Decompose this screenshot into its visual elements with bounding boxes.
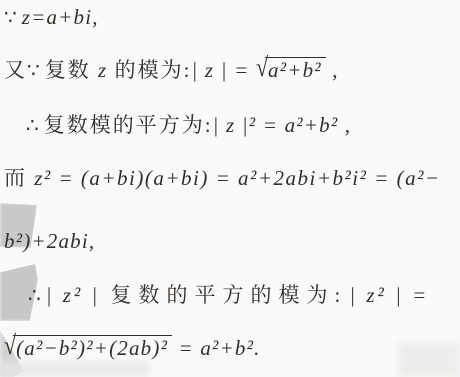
radical-sign-icon: √	[256, 49, 268, 86]
math-text: | z² |	[46, 283, 109, 307]
chinese-text: 又	[4, 58, 27, 82]
text-line: ∴复数模的平方为:| z |² = a²+b² ,	[4, 110, 460, 140]
text-line: ∵z=a+bi,	[4, 2, 460, 32]
math-text: z=a+bi,	[22, 5, 99, 29]
chinese-text: 而	[4, 166, 34, 190]
sqrt-expression: √a²+b²	[256, 55, 326, 85]
logic-symbol: ∴	[28, 285, 41, 307]
math-text: ,	[326, 58, 339, 82]
document-lines: ∵z=a+bi,又∵复数 z 的模为:| z | = √a²+b² ,∴复数模的…	[4, 2, 460, 363]
chinese-text: 复数的平方的模为:	[111, 283, 348, 307]
document-page: ∵z=a+bi,又∵复数 z 的模为:| z | = √a²+b² ,∴复数模的…	[0, 0, 460, 377]
math-text: | z |² = a²+b² ,	[213, 113, 352, 137]
math-text: = a²+b².	[172, 336, 260, 360]
text-line: 又∵复数 z 的模为:| z | = √a²+b² ,	[4, 55, 460, 85]
chinese-text: 的模为:	[107, 58, 191, 82]
chinese-text: 复数模的平方为:	[44, 113, 213, 137]
math-text: z	[98, 58, 107, 82]
math-text: | z² | =	[349, 283, 429, 307]
logic-symbol: ∵	[27, 60, 40, 82]
radicand: (a²−b²)²+(2ab)²	[13, 335, 172, 361]
text-line: √(a²−b²)²+(2ab)² = a²+b².	[4, 333, 460, 363]
logic-symbol: ∴	[26, 115, 39, 137]
math-text: z² = (a+bi)(a+bi) = a²+2abi+b²i² = (a²−	[34, 166, 440, 190]
math-text: b²)+2abi,	[4, 229, 95, 253]
radical-sign-icon: √	[4, 327, 16, 364]
radicand: a²+b²	[265, 57, 326, 83]
sqrt-expression: √(a²−b²)²+(2ab)²	[4, 333, 172, 363]
chinese-text: 复数	[45, 58, 98, 82]
text-line: b²)+2abi,	[4, 226, 460, 256]
scan-artifact-bottom-strip	[0, 361, 150, 377]
math-text: | z | =	[191, 58, 256, 82]
text-line: ∴| z² | 复数的平方的模为:| z² | =	[4, 280, 460, 310]
logic-symbol: ∵	[4, 7, 17, 29]
text-line: 而 z² = (a+bi)(a+bi) = a²+2abi+b²i² = (a²…	[4, 163, 460, 193]
